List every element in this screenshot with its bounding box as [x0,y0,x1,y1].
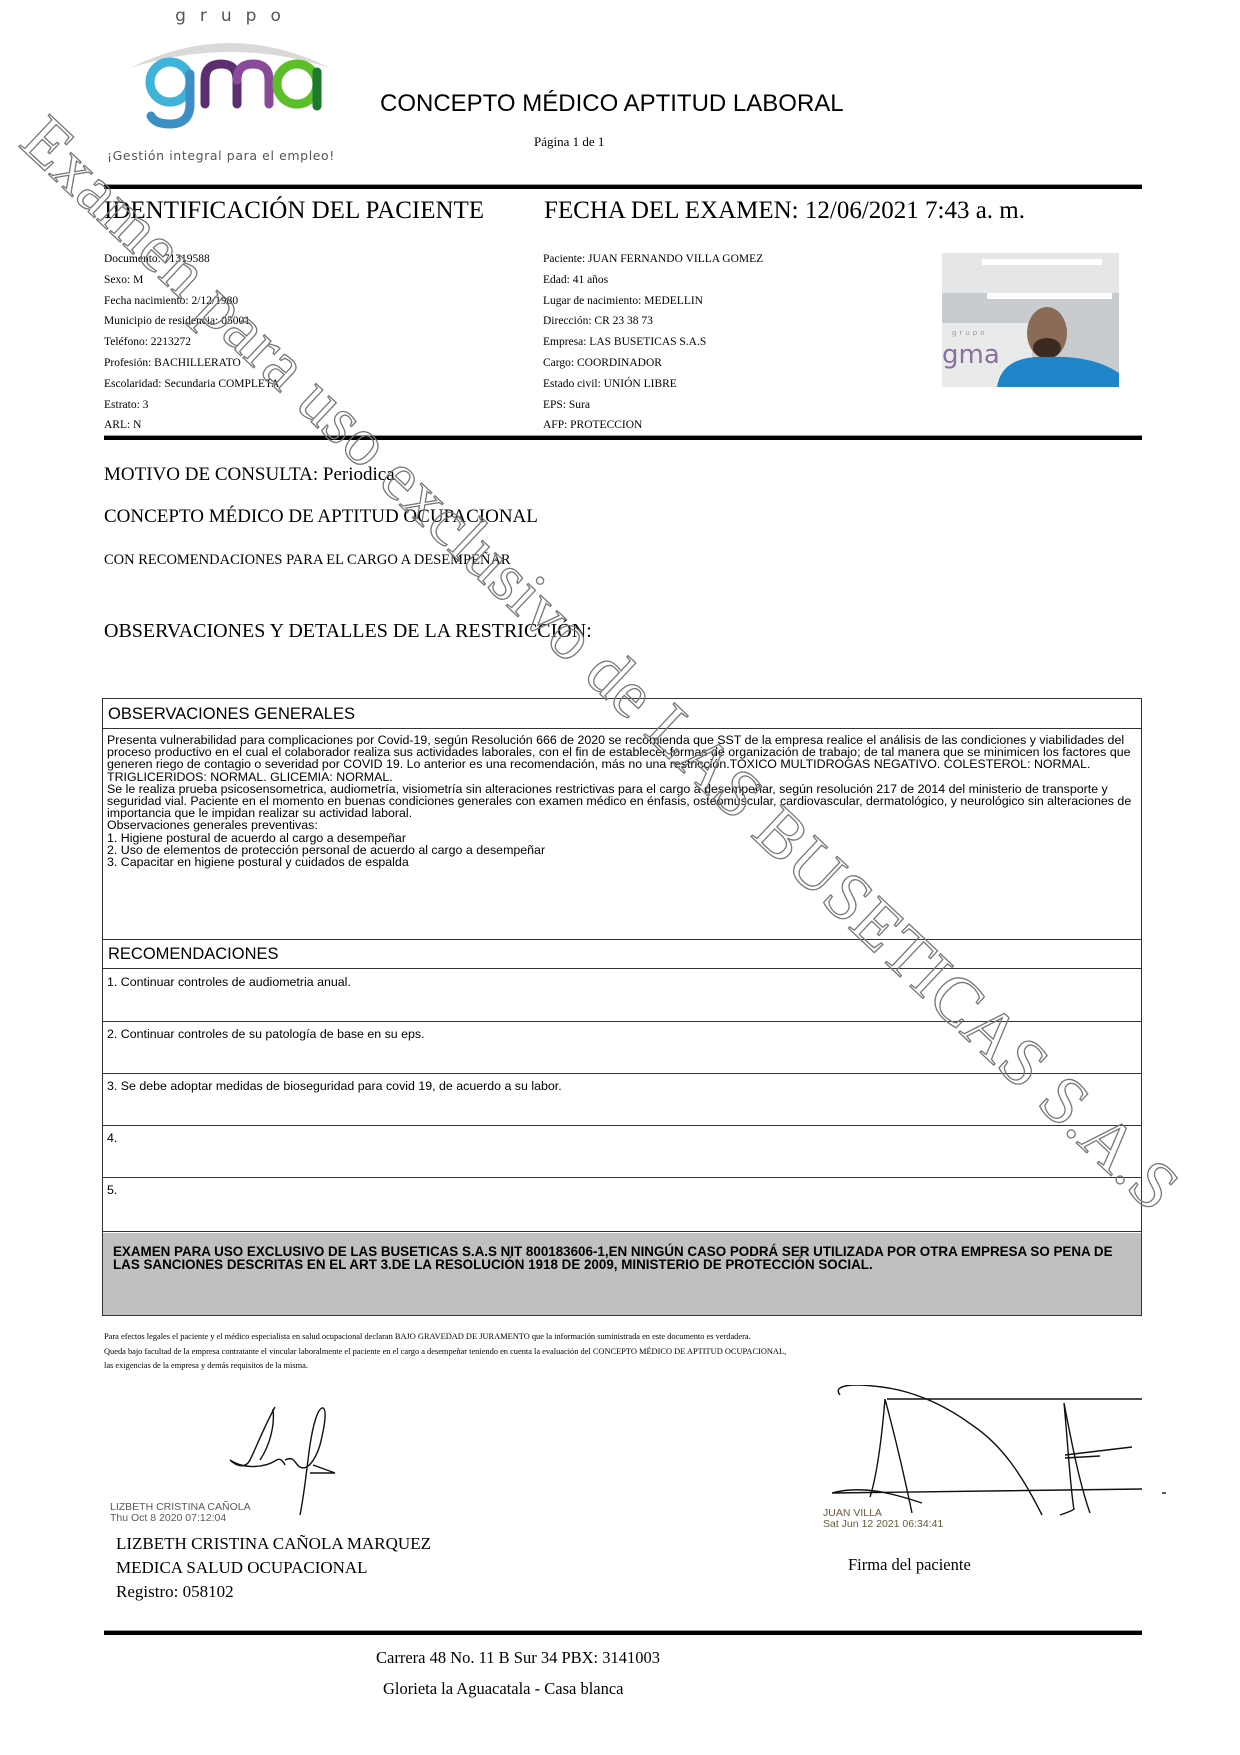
recomendacion-item: 1. Continuar controles de audiometria an… [107,975,351,989]
table-divider [103,968,1141,969]
table-divider [103,1231,1141,1232]
recomendacion-item: 2. Continuar controles de su patología d… [107,1027,425,1041]
divider [104,185,1142,189]
observacion-paragraph: 1. Higiene postural de acuerdo al cargo … [107,832,1137,844]
field-municipio: Municipio de residencia: 05001 [104,311,279,332]
observaciones-generales-body: Presenta vulnerabilidad para complicacio… [107,734,1137,868]
patient-stamp-datetime: Sat Jun 12 2021 06:34:41 [823,1519,943,1530]
field-paciente: Paciente: JUAN FERNANDO VILLA GOMEZ [543,249,763,270]
page-number: Página 1 de 1 [534,134,604,150]
field-estrato: Estrato: 3 [104,395,279,416]
declaration-line: las exigencias de la empresa y demás req… [104,1359,786,1374]
doctor-registro: Registro: 058102 [116,1580,431,1604]
observaciones-generales-header: OBSERVACIONES GENERALES [108,705,355,724]
observacion-paragraph: Se le realiza prueba psicosensometrica, … [107,783,1137,820]
field-telefono: Teléfono: 2213272 [104,332,279,353]
doctor-signature-stamp: LIZBETH CRISTINA CAÑOLA Thu Oct 8 2020 0… [110,1502,251,1524]
document-title: CONCEPTO MÉDICO APTITUD LABORAL [380,90,844,118]
field-profesion: Profesión: BACHILLERATO [104,353,279,374]
field-sexo: Sexo: M [104,270,279,291]
patient-photo-icon: grupo gma [942,253,1119,387]
logo-grupo-text: grupo [115,6,345,26]
field-fecha-nacimiento: Fecha nacimiento: 2/12/1980 [104,291,279,312]
field-arl: ARL: N [104,415,279,436]
field-empresa: Empresa: LAS BUSETICAS S.A.S [543,332,763,353]
legal-notice: EXAMEN PARA USO EXCLUSIVO DE LAS BUSETIC… [113,1245,1131,1271]
declaration-line: Queda bajo facultad de la empresa contra… [104,1345,786,1360]
table-divider [103,1021,1141,1022]
motivo-consulta: MOTIVO DE CONSULTA: Periodica [104,464,395,486]
patient-photo: grupo gma [942,253,1119,387]
field-edad: Edad: 41 años [543,270,763,291]
recomendacion-item: 4. [107,1131,117,1145]
doctor-info: LIZBETH CRISTINA CAÑOLA MARQUEZ MEDICA S… [116,1532,431,1604]
concepto-aptitud: CONCEPTO MÉDICO DE APTITUD OCUPACIONAL [104,506,538,528]
table-divider [103,1125,1141,1126]
doctor-name: LIZBETH CRISTINA CAÑOLA MARQUEZ [116,1532,431,1556]
svg-text:gma: gma [942,340,1000,370]
table-divider [103,728,1141,729]
divider [104,1631,1142,1635]
field-cargo: Cargo: COORDINADOR [543,353,763,374]
field-estado-civil: Estado civil: UNIÓN LIBRE [543,374,763,395]
exam-date-heading: FECHA DEL EXAMEN: 12/06/2021 7:43 a. m. [544,197,1025,225]
legal-notice-box: EXAMEN PARA USO EXCLUSIVO DE LAS BUSETIC… [103,1233,1141,1315]
field-eps: EPS: Sura [543,395,763,416]
logo-tagline: ¡Gestión integral para el empleo! [107,148,335,163]
observations-table: OBSERVACIONES GENERALES Presenta vulnera… [102,698,1142,1316]
patient-fields-right: Paciente: JUAN FERNANDO VILLA GOMEZ Edad… [543,249,763,436]
svg-text:grupo: grupo [952,329,987,337]
patient-signature-label: Firma del paciente [848,1555,971,1575]
field-afp: AFP: PROTECCION [543,415,763,436]
field-lugar-nacimiento: Lugar de nacimiento: MEDELLIN [543,291,763,312]
recomendacion-item: 3. Se debe adoptar medidas de biosegurid… [107,1079,562,1093]
observacion-paragraph: Observaciones generales preventivas: [107,819,1137,831]
company-logo: grupo ¡Gestión integral para el empleo! [115,4,345,164]
footer-address: Carrera 48 No. 11 B Sur 34 PBX: 3141003 [376,1648,660,1668]
field-escolaridad: Escolaridad: Secundaria COMPLETA [104,374,279,395]
patient-fields-left: Documento: 71319588 Sexo: M Fecha nacimi… [104,249,279,436]
recomendaciones-header: RECOMENDACIONES [108,945,279,964]
observaciones-title: OBSERVACIONES Y DETALLES DE LA RESTRICCI… [104,620,592,643]
legal-declaration: Para efectos legales el paciente y el mé… [104,1330,786,1374]
recomendacion-item: 5. [107,1183,117,1197]
doctor-stamp-datetime: Thu Oct 8 2020 07:12:04 [110,1513,251,1524]
field-direccion: Dirección: CR 23 38 73 [543,311,763,332]
declaration-line: Para efectos legales el paciente y el mé… [104,1330,786,1345]
divider [104,436,1142,440]
table-divider [103,939,1141,940]
footer-location: Glorieta la Aguacatala - Casa blanca [383,1679,624,1699]
table-divider [103,1177,1141,1178]
doctor-title: MEDICA SALUD OCUPACIONAL [116,1556,431,1580]
gma-logo-mark-icon [143,52,323,132]
patient-signature-stamp: JUAN VILLA Sat Jun 12 2021 06:34:41 [823,1508,943,1530]
field-documento: Documento: 71319588 [104,249,279,270]
observacion-paragraph: 3. Capacitar en higiene postural y cuida… [107,856,1137,868]
recomendacion-cargo: CON RECOMENDACIONES PARA EL CARGO A DESE… [104,552,511,569]
table-divider [103,1073,1141,1074]
patient-identification-heading: IDENTIFICACIÓN DEL PACIENTE [104,197,484,225]
observacion-paragraph: Presenta vulnerabilidad para complicacio… [107,734,1137,783]
